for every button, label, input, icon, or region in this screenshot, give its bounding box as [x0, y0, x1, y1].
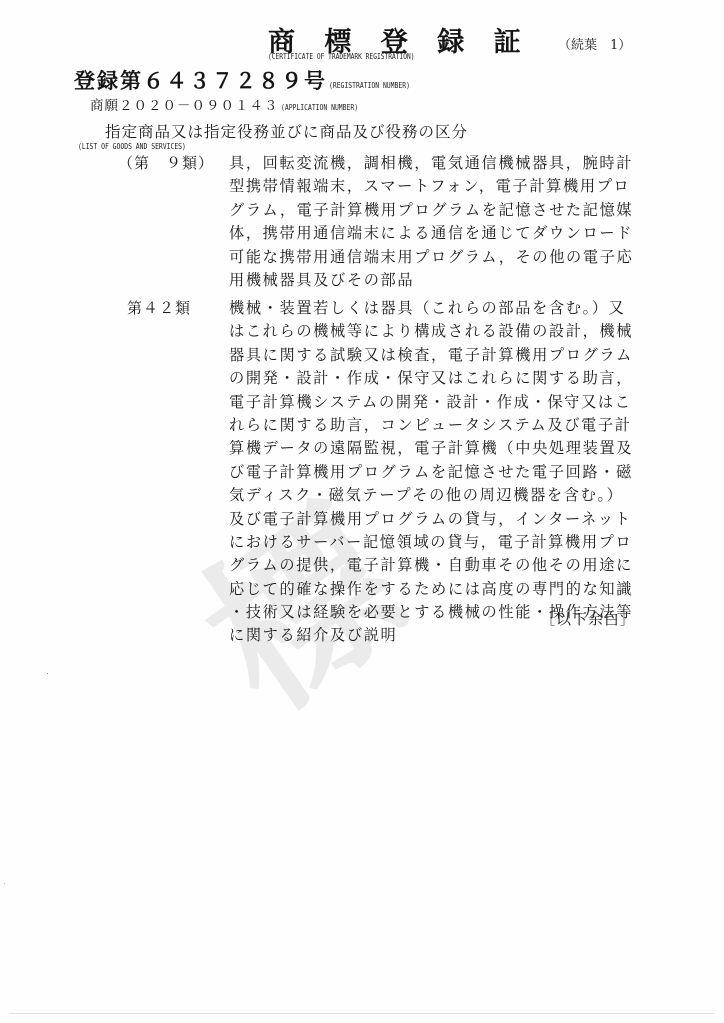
description-line: 気ディスク・磁気テープその他の周辺機器を含む。）	[229, 484, 633, 507]
description-line: 用機械器具及びその部品	[229, 269, 633, 292]
certificate-page: 標 商 標 登 録 証 (CERTIFICATE OF TRADEMARK RE…	[0, 0, 724, 1023]
class-label: （第 ９類）	[118, 152, 214, 173]
registration-number-label-en: (REGISTRATION NUMBER)	[329, 81, 410, 90]
description-line: 電子計算機システムの開発・設計・作成・保守又はこ	[229, 391, 633, 414]
registration-number: 登録第６４３７２８９号	[74, 65, 327, 95]
scan-speck	[47, 673, 48, 674]
description-line: におけるサーバー記憶領域の貸与，電子計算機用プロ	[229, 531, 633, 554]
scan-speck	[4, 883, 5, 884]
application-number: 商願２０２０－０９０１４３	[90, 94, 279, 114]
scan-edge-line	[10, 1013, 715, 1014]
description-line: 機械・装置若しくは器具（これらの部品を含む。）又	[229, 297, 633, 320]
description-line: 器具に関する試験又は検査，電子計算機用プログラム	[229, 344, 633, 367]
description-line: 及び電子計算機用プログラムの貸与，インターネット	[229, 508, 633, 531]
description-line: 体，携帯用通信端末による通信を通じてダウンロード	[229, 222, 633, 245]
description-line: はこれらの機械等により構成される設備の設計，機械	[229, 320, 633, 343]
description-line: グラム，電子計算機用プログラムを記憶させた記憶媒	[229, 199, 633, 222]
goods-services-heading: 指定商品又は指定役務並びに商品及び役務の区分	[105, 120, 468, 142]
description-line: び電子計算機用プログラムを記憶させた電子回路・磁	[229, 461, 633, 484]
description-line: 可能な携帯用通信端末用プログラム，その他の電子応	[229, 246, 633, 269]
page-indicator: （続葉 1）	[558, 34, 631, 53]
description-line: れらに関する助言，コンピュータシステム及び電子計	[229, 414, 633, 437]
description-line: 型携帯情報端末，スマートフォン，電子計算機用プロ	[229, 175, 633, 198]
registration-number-row: 登録第６４３７２８９号 (REGISTRATION NUMBER)	[74, 65, 430, 95]
goods-services-heading-en: (LIST OF GOODS AND SERVICES)	[78, 142, 186, 151]
description-line: の開発・設計・作成・保守又はこれらに関する助言，	[229, 367, 633, 390]
description-line: グラムの提供，電子計算機・自動車その他その用途に	[229, 554, 633, 577]
description-line: 応じて的確な操作をするためには高度の専門的な知識	[229, 578, 633, 601]
description-line: 算機データの遠隔監視，電子計算機（中央処理装置及	[229, 437, 633, 460]
class-42-description: 機械・装置若しくは器具（これらの部品を含む。）又 はこれらの機械等により構成され…	[229, 297, 633, 648]
end-of-list-note: ［以下余白］	[540, 608, 636, 629]
application-number-label-en: (APPLICATION NUMBER)	[281, 103, 358, 112]
class-9-description: 具，回転変流機，調相機，電気通信機械器具，腕時計 型携帯情報端末，スマートフォン…	[229, 152, 633, 292]
application-number-row: 商願２０２０－０９０１４３ (APPLICATION NUMBER)	[90, 94, 377, 114]
document-title-en: (CERTIFICATE OF TRADEMARK REGISTRATION)	[268, 52, 415, 61]
class-label: 第４２類	[127, 297, 191, 318]
description-line: 具，回転変流機，調相機，電気通信機械器具，腕時計	[229, 152, 633, 175]
